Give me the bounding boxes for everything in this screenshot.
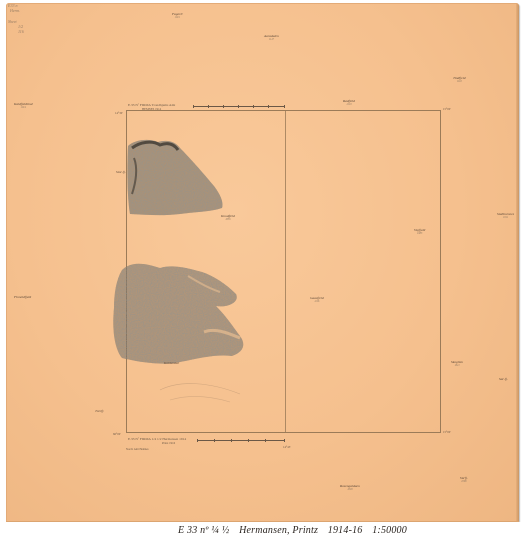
place-label: Vegfjeld1083 [414,228,425,236]
frame-bottom [126,432,440,433]
terrain-hachure-north [120,136,230,218]
caption-sheet-id: E 33 nº ¼ ½ [178,525,229,536]
place-label: Aaradalen1147 [264,34,279,42]
frame-divider [285,110,286,433]
terrain-hachure-south [108,258,258,370]
coord-top-left: 14°30' [115,111,123,115]
coord-bottom-right: 15°00' [443,430,451,434]
sheet-header-bottom-note: Nordl. Amt Hemnes [126,448,149,451]
caption-surveyors: Hermansen, Printz [239,525,318,536]
map-sheet [6,3,519,524]
place-label: Stabbursnes1011 [497,212,514,220]
place-label: Rosengaldaen1028 [340,484,360,492]
sheet-header-bottom-sub: Prinz 1916 [162,441,175,445]
place-label: Kaldfjeldtind1014 [14,102,32,110]
sheet-caption: E 33 nº ¼ ½ Hermansen, Printz 1914-16 1:… [178,525,414,536]
coord-bottom-left: 66°00' [113,432,121,436]
caption-years: 1914-16 [328,525,363,536]
coord-top-right: 15°00' [443,107,451,111]
place-label: Fagerli1021 [172,12,183,20]
scale-bar-bottom [197,440,285,443]
place-label: Kobbeskar [164,361,179,365]
frame-right [440,110,441,433]
paper-edge-right [516,3,519,524]
place-label: Finneidfjeld [14,295,31,299]
corner-note-line: 116 [18,29,24,34]
place-label: Skoglien1021 [451,360,463,368]
place-label: Stor-fj. [116,170,126,174]
sheet-corner-note: E33 n Herm. Sheet 1/2 116 [8,3,24,34]
terrain-faint [150,370,250,410]
place-label: Rødfjeld1210 [343,99,355,107]
place-label: Sør-fj. [499,377,508,381]
corner-note-line: Herm. [10,8,24,13]
place-label: Tindfjeld1118 [453,76,465,84]
scale-bar-top [193,106,285,109]
sheet-header-bottom: E.33 Nº FIRMA 1/4 1/2 Hermansen 1914 [128,437,186,441]
place-label: Tverfj. [95,409,104,413]
coord-bottom-mid: 14°45' [283,445,291,449]
place-label: Knudfjeld1036 [221,214,235,222]
frame-top [126,110,440,111]
sheet-header-top-sub: HEMNES 1914 [142,107,161,111]
caption-scale: 1:50000 [372,525,407,536]
place-label: Gaasfjeld1126 [310,296,324,304]
place-label: Varfj.1008 [460,476,468,484]
